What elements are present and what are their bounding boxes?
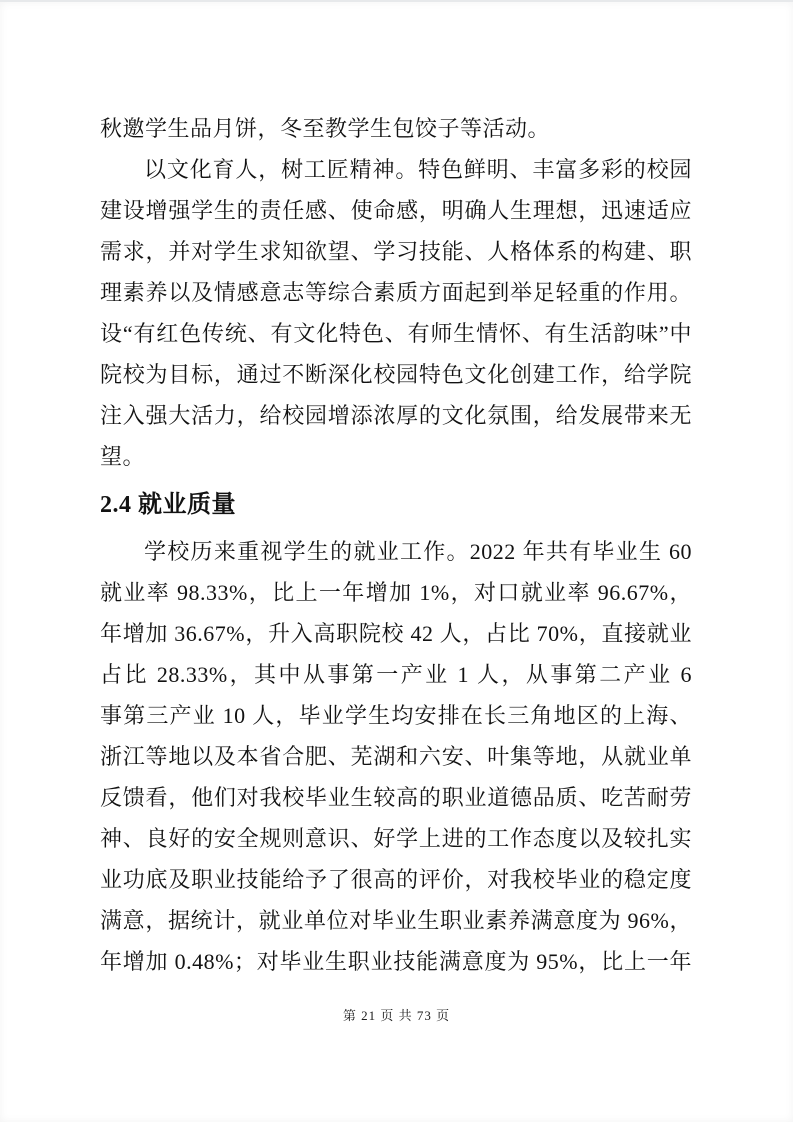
text-line: 学校历来重视学生的就业工作。2022 年共有毕业生 60 人， bbox=[100, 531, 692, 572]
text-line: 望。 bbox=[100, 436, 692, 477]
text-line: 院校为目标，通过不断深化校园特色文化创建工作，给学院改革 bbox=[100, 354, 692, 395]
text-line: 业功底及职业技能给予了很高的评价，对我校毕业的稳定度也很 bbox=[100, 859, 692, 900]
text-line: 年增加 36.67%，升入高职院校 42 人，占比 70%，直接就业 17 人， bbox=[100, 613, 692, 654]
text-line: 神、良好的安全规则意识、好学上进的工作态度以及较扎实的专 bbox=[100, 818, 692, 859]
paragraph-continuation: 秋邀学生品月饼，冬至教学生包饺子等活动。 bbox=[100, 108, 692, 149]
paragraph-employment-quality: 学校历来重视学生的就业工作。2022 年共有毕业生 60 人， 就业率 98.3… bbox=[100, 531, 692, 982]
text-line: 就业率 98.33%，比上一年增加 1%，对口就业率 96.67%，比上一 bbox=[100, 572, 692, 613]
document-page: 秋邀学生品月饼，冬至教学生包饺子等活动。 以文化育人，树工匠精神。特色鲜明、丰富… bbox=[0, 0, 793, 1122]
text-line: 满意，据统计，就业单位对毕业生职业素养满意度为 96%，比上 bbox=[100, 900, 692, 941]
text-line: 占比 28.33%，其中从事第一产业 1 人，从事第二产业 6 人，从 bbox=[100, 654, 692, 695]
text-line: 浙江等地以及本省合肥、芜湖和六安、叶集等地，从就业单位的 bbox=[100, 736, 692, 777]
paragraph-campus-culture: 以文化育人，树工匠精神。特色鲜明、丰富多彩的校园文化 建设增强学生的责任感、使命… bbox=[100, 149, 692, 477]
text-line: 秋邀学生品月饼，冬至教学生包饺子等活动。 bbox=[100, 108, 692, 149]
page-body-text: 秋邀学生品月饼，冬至教学生包饺子等活动。 以文化育人，树工匠精神。特色鲜明、丰富… bbox=[100, 108, 692, 982]
text-line: 设“有红色传统、有文化特色、有师生情怀、有生活韵味”中职 bbox=[100, 313, 692, 354]
text-line: 需求，并对学生求知欲望、学习技能、人格体系的构建、职业心 bbox=[100, 231, 692, 272]
text-line: 年增加 0.48%；对毕业生职业技能满意度为 95%，比上一年增加 bbox=[100, 941, 692, 982]
page-footer: 第 21 页 共 73 页 bbox=[0, 1005, 793, 1024]
text-line: 建设增强学生的责任感、使命感，明确人生理想，迅速适应岗位 bbox=[100, 190, 692, 231]
text-line: 理素养以及情感意志等综合素质方面起到举足轻重的作用。以建 bbox=[100, 272, 692, 313]
text-line: 事第三产业 10 人，毕业学生均安排在长三角地区的上海、苏州、 bbox=[100, 695, 692, 736]
text-line: 反馈看，他们对我校毕业生较高的职业道德品质、吃苦耐劳的精 bbox=[100, 777, 692, 818]
section-heading-employment-quality: 2.4 就业质量 bbox=[100, 485, 692, 526]
text-line: 以文化育人，树工匠精神。特色鲜明、丰富多彩的校园文化 bbox=[100, 149, 692, 190]
text-line: 注入强大活力，给校园增添浓厚的文化氛围，给发展带来无限希 bbox=[100, 395, 692, 436]
